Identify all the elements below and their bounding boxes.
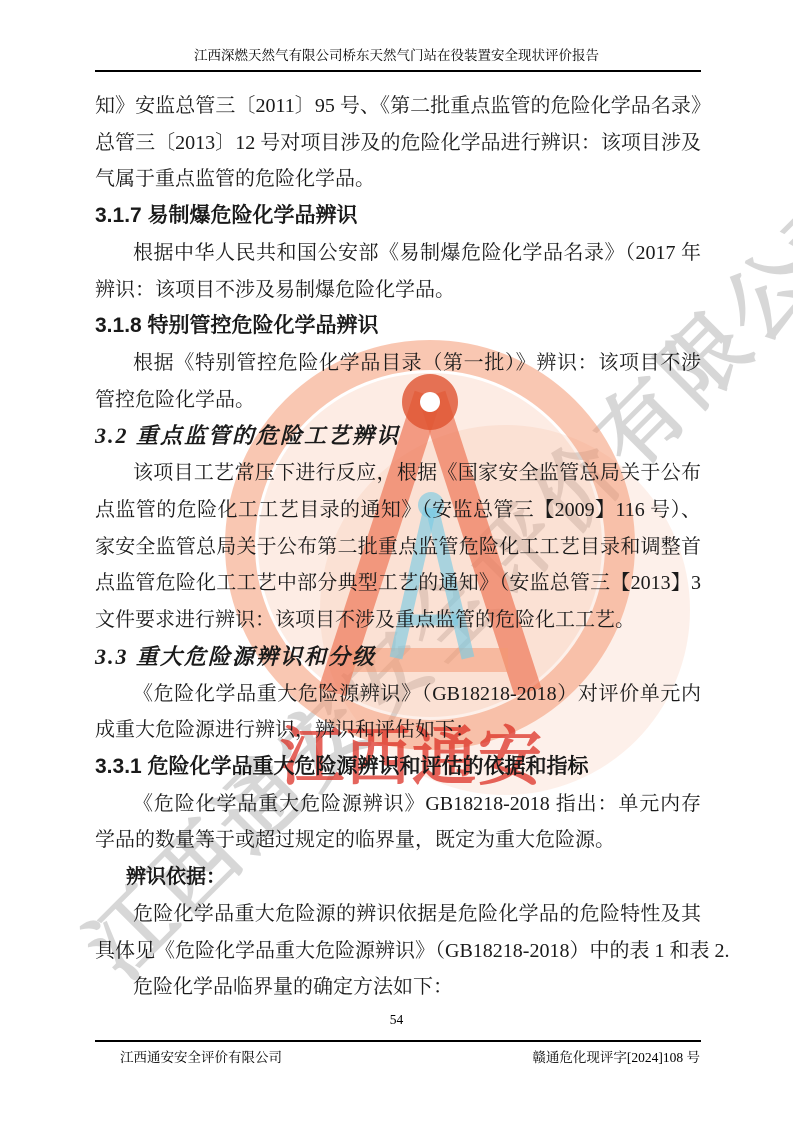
body-line: 3.3 重大危险源辨识和分级 <box>95 639 701 676</box>
footer-rule <box>95 1040 701 1042</box>
body-line: 文件要求进行辨识：该项目不涉及重点监管的危险化工工艺。 <box>95 602 701 639</box>
body-line: 《危险化学品重大危险源辨识》GB18218-2018 指出：单元内存在危险化 <box>95 786 701 823</box>
body-line: 点监管的危险化工工艺目录的通知》（安监总管三【2009】116 号）、《国 <box>95 492 701 529</box>
body-line: 3.3.1 危险化学品重大危险源辨识和评估的依据和指标 <box>95 749 701 786</box>
body-line: 知》安监总管三〔2011〕95 号、《第二批重点监管的危险化学品名录》安监 <box>95 88 701 125</box>
body-line: 学品的数量等于或超过规定的临界量，既定为重大危险源。 <box>95 822 701 859</box>
body-line: 辨识依据： <box>95 859 701 896</box>
body-line: 3.1.7 易制爆危险化学品辨识 <box>95 198 701 235</box>
body-line: 成重大危险源进行辨识，辨识和评估如下： <box>95 712 701 749</box>
footer-company: 江西通安安全评价有限公司 <box>120 1046 282 1066</box>
body-line: 该项目工艺常压下进行反应，根据《国家安全监管总局关于公布首批重 <box>95 455 701 492</box>
body-line: 危险化学品重大危险源的辨识依据是危险化学品的危险特性及其数量， <box>95 896 701 933</box>
page-number: 54 <box>0 1012 793 1028</box>
body-line: 点监管危险化工工艺中部分典型工艺的通知》（安监总管三【2013】3 号） <box>95 565 701 602</box>
body-line: 管控危险化学品。 <box>95 382 701 419</box>
body-line: 3.1.8 特别管控危险化学品辨识 <box>95 308 701 345</box>
body-line: 根据中华人民共和国公安部《易制爆危险化学品名录》（2017 年版）中 <box>95 235 701 272</box>
footer-doc-number: 赣通危化现评字[2024]108 号 <box>532 1046 700 1066</box>
body-line: 总管三〔2013〕12 号对项目涉及的危险化学品进行辨识：该项目涉及的天然 <box>95 125 701 162</box>
header-rule <box>95 70 701 72</box>
body-line: 危险化学品临界量的确定方法如下： <box>95 969 701 1006</box>
document-body: 知》安监总管三〔2011〕95 号、《第二批重点监管的危险化学品名录》安监总管三… <box>95 88 701 1006</box>
page-header-title: 江西深燃天然气有限公司桥东天然气门站在役装置安全现状评价报告 <box>0 44 793 64</box>
report-page: 江西通安安全评价有限公司 江西通安 江西深燃天然气有限公司桥东天然气门站在役装置… <box>0 0 793 1122</box>
body-line: 具体见《危险化学品重大危险源辨识》（GB18218-2018）中的表 1 和表 … <box>95 933 701 970</box>
body-line: 根据《特别管控危险化学品目录（第一批）》辨识：该项目不涉及特别 <box>95 345 701 382</box>
body-line: 辨识：该项目不涉及易制爆危险化学品。 <box>95 272 701 309</box>
body-line: 气属于重点监管的危险化学品。 <box>95 161 701 198</box>
body-line: 《危险化学品重大危险源辨识》（GB18218-2018）对评价单元内是否构 <box>95 676 701 713</box>
body-line: 家安全监管总局关于公布第二批重点监管危险化工工艺目录和调整首批重 <box>95 529 701 566</box>
body-line: 3.2 重点监管的危险工艺辨识 <box>95 418 701 455</box>
